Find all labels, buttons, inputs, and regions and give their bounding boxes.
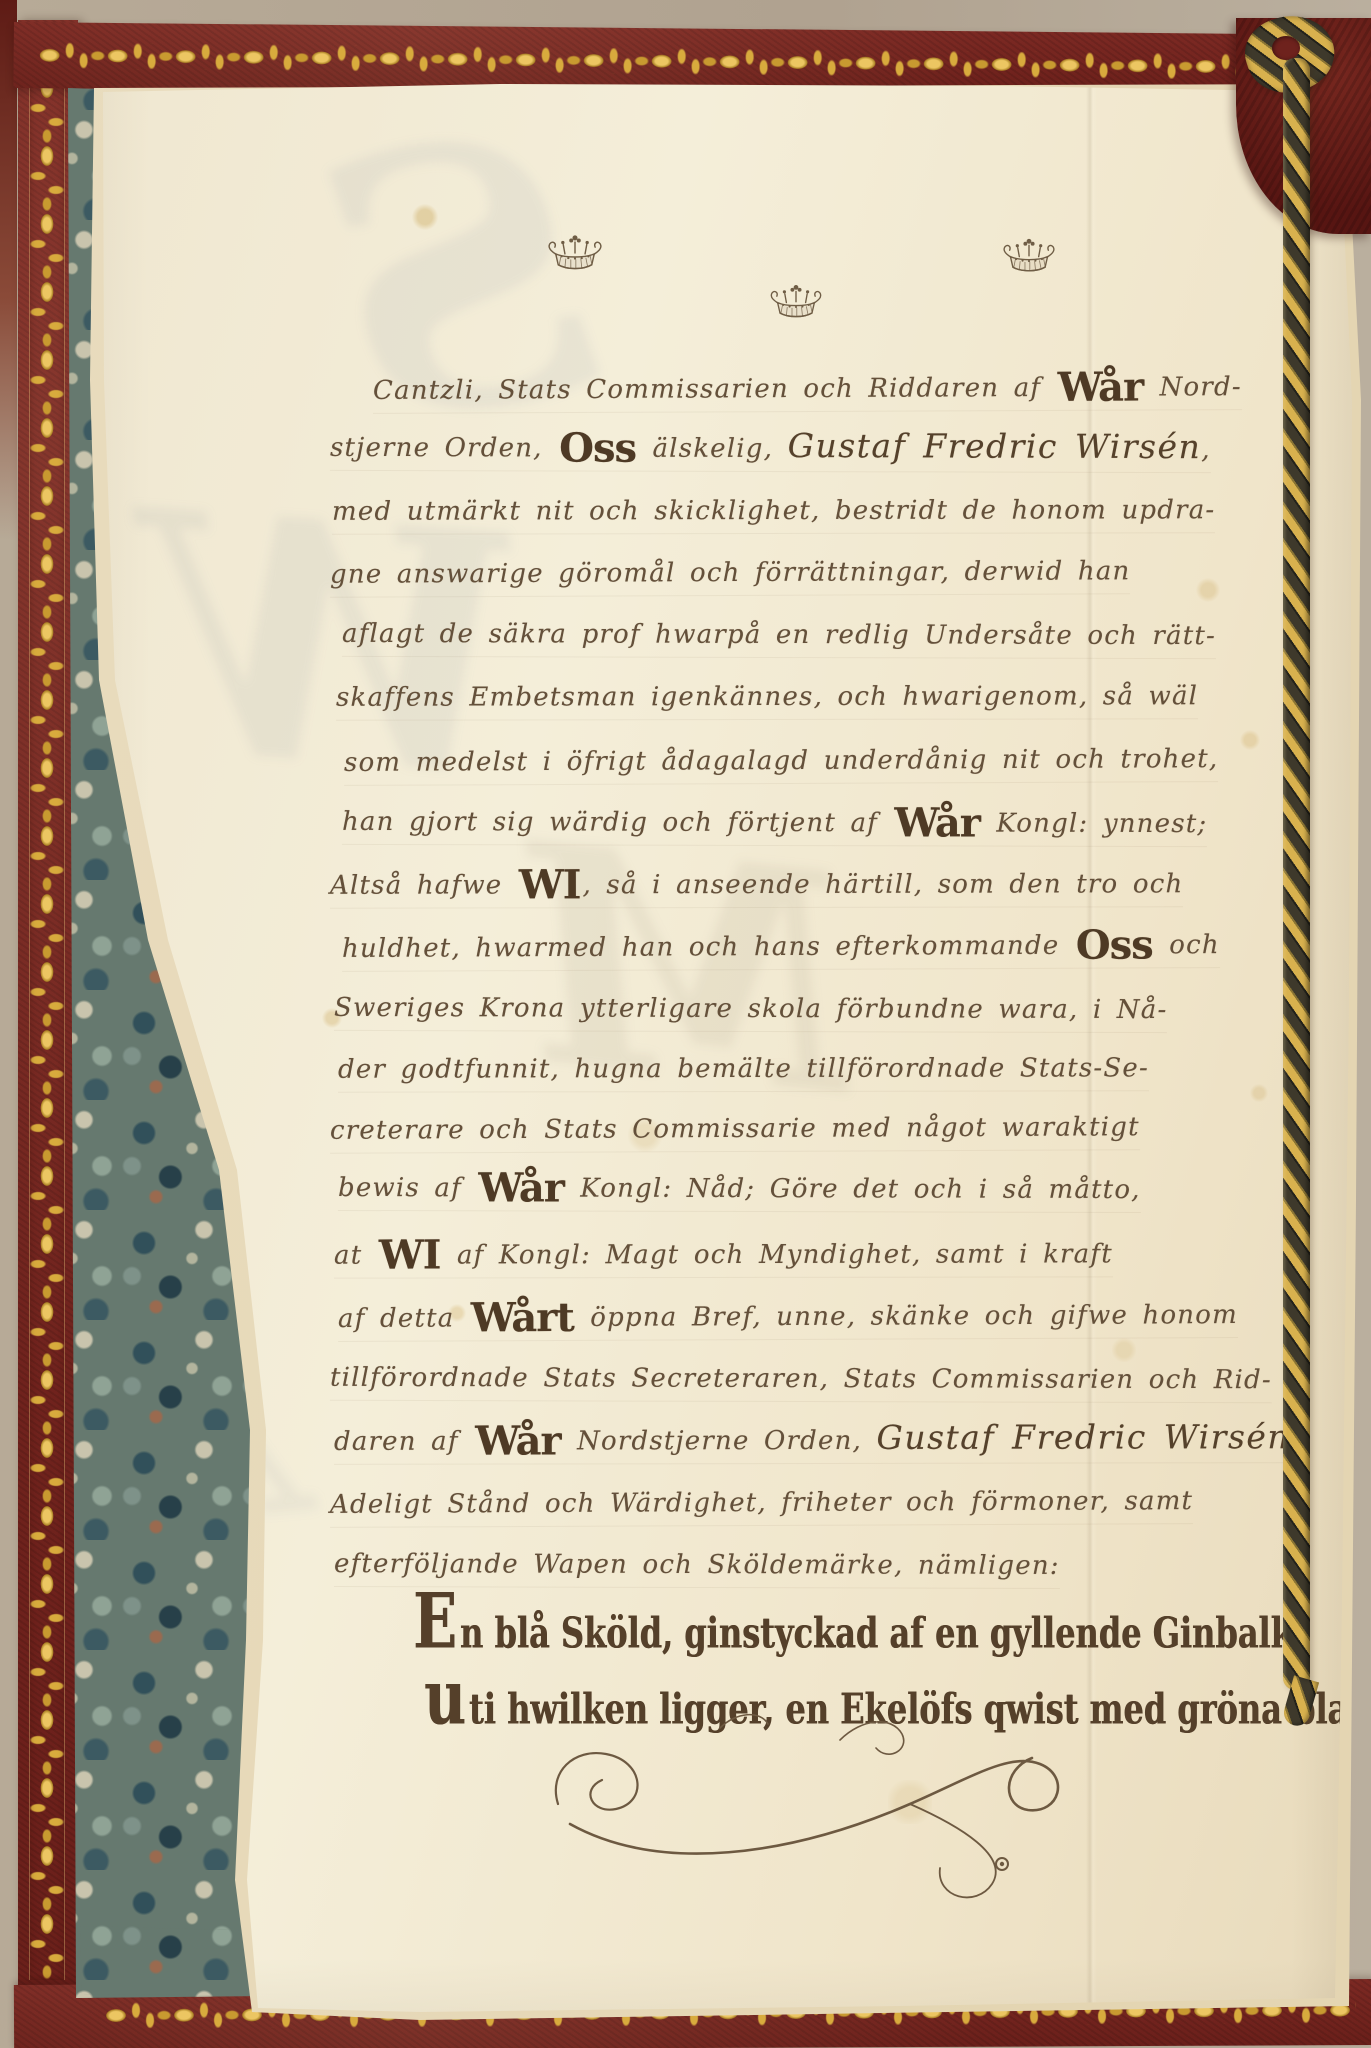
manuscript-line: aflagt de säkra prof hwarpå en redlig Un… [342, 617, 1216, 659]
manuscript-line: stjerne Orden, Oss älskelig, Gustaf Fred… [330, 431, 1211, 473]
manuscript-line: tillförordnade Stats Secreteraren, Stats… [330, 1361, 1272, 1403]
fraktur-word: Oss [557, 424, 638, 471]
manuscript-line: huldhet, hwarmed han och hans efterkomma… [342, 928, 1220, 972]
manuscript-line: med utmärkt nit och skicklighet, bestrid… [332, 493, 1215, 535]
showthrough-glyph: S [306, 84, 614, 477]
manuscript-line: bewis af Wår Kongl: Nåd; Göre det och i … [338, 1171, 1141, 1213]
manuscript-line: der godtfunnit, hugna bemälte tillförord… [338, 1051, 1149, 1092]
calligraphic-flourish [540, 1706, 1110, 1921]
manuscript-line: af detta Wårt öppna Bref, unne, skänke o… [338, 1298, 1238, 1342]
person-name: Gustaf Fredric Wirsén [788, 426, 1202, 466]
manuscript-line: at WI af Kongl: Magt och Myndighet, samt… [334, 1237, 1113, 1278]
fraktur-word: WI [377, 1231, 443, 1278]
coronet-icon [988, 226, 1070, 276]
manuscript-line: daren af Wår Nordstjerne Orden, Gustaf F… [334, 1423, 1300, 1465]
fraktur-word: Oss [1074, 921, 1155, 968]
coronet-icon [756, 272, 836, 322]
fraktur-word: Wår [473, 1417, 563, 1464]
fraktur-word: Wår [476, 1164, 566, 1211]
cord-knot-hole [1272, 36, 1300, 60]
cord-strand [1283, 58, 1310, 1690]
coronet-icon [533, 222, 617, 274]
fraktur-word: WI [517, 861, 583, 908]
manuscript-line: Cantzli, Stats Commissarien och Riddaren… [373, 370, 1242, 414]
manuscript-line: gne answarige göromål och förrättningar,… [330, 554, 1131, 597]
manuscript-line: creterare och Stats Commissarie med någo… [330, 1110, 1140, 1154]
manuscript-line: som medelst i öfrigt ådagalagd underdåni… [344, 742, 1218, 786]
manuscript-line: Sweriges Krona ytterligare skola förbund… [334, 991, 1168, 1033]
fraktur-word: Wår [892, 799, 982, 846]
bound-manuscript-scan: SWMA Cantzli, Stats Commissarien och Rid… [0, 0, 1371, 2048]
manuscript-line: skaffens Embetsman igenkännes, och hwari… [336, 679, 1198, 721]
gold-tooling-top [40, 42, 1240, 80]
fraktur-word: Wår [1056, 364, 1146, 411]
manuscript-line: Adeligt Stånd och Wärdighet, friheter oc… [330, 1484, 1193, 1528]
manuscript-line: han gjort sig wärdig och förtjent af Wår… [342, 805, 1207, 847]
person-name: Gustaf Fredric Wirsén [876, 1417, 1290, 1457]
fraktur-word: Wårt [469, 1294, 576, 1341]
manuscript-line: Altså hafwe WI, så i anseende härtill, s… [330, 867, 1183, 908]
gold-tooling-left [29, 78, 65, 1980]
